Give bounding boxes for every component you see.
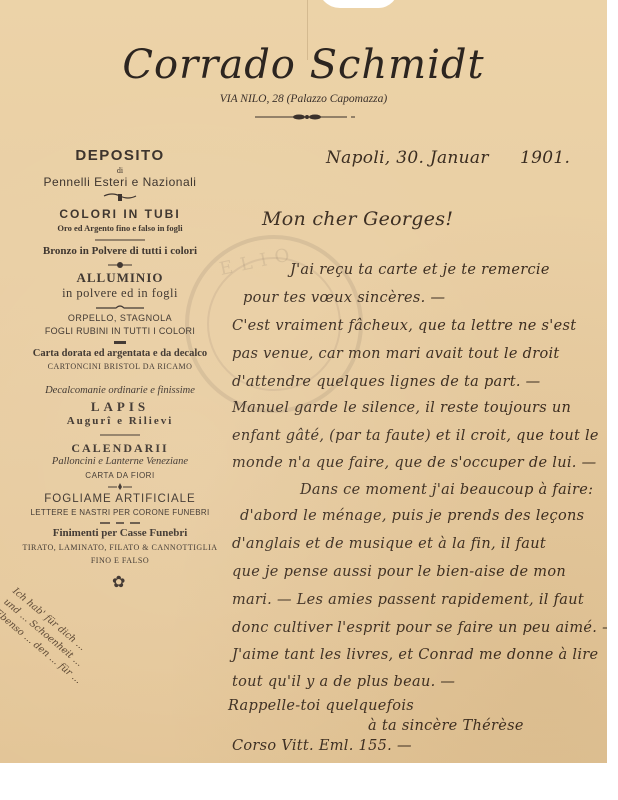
rule-divider-icon bbox=[100, 433, 140, 437]
ornament-divider-icon bbox=[102, 192, 138, 201]
ornament-divider-icon bbox=[255, 113, 355, 121]
letter-closing: Rappelle-toi quelquefois bbox=[228, 698, 414, 714]
flower-ornament-icon: ✿ bbox=[112, 572, 125, 591]
rule-divider-icon bbox=[95, 238, 145, 242]
sidebar-item: di bbox=[0, 166, 240, 175]
sidebar-item: COLORI IN TUBI bbox=[0, 207, 240, 221]
letter-line: que je pense aussi pour le bien-aise de … bbox=[232, 564, 566, 580]
ornament-divider-icon bbox=[96, 304, 144, 310]
letter-salutation: Mon cher Georges! bbox=[262, 208, 453, 230]
letter-line: Manuel garde le silence, il reste toujou… bbox=[232, 400, 571, 416]
letterhead-name: Corrado Schmidt bbox=[0, 42, 607, 88]
sidebar-item: CALENDARII bbox=[0, 441, 240, 456]
sidebar-item: FOGLIAME ARTIFICIALE bbox=[0, 493, 240, 505]
sidebar-item: Augurî e Rilievi bbox=[0, 415, 240, 427]
sidebar-item: CARTONCINI BRISTOL DA RICAMO bbox=[0, 362, 240, 371]
letter-line: J'ai reçu ta carte et je te remercie bbox=[290, 262, 550, 278]
paper-tear bbox=[318, 0, 398, 8]
letter-line: monde n'a que faire, que de s'occuper de… bbox=[232, 455, 596, 471]
letter-line: J'aime tant les livres, et Conrad me don… bbox=[232, 647, 598, 663]
sidebar-item: TIRATO, LAMINATO, FILATO & CANNOTTIGLIA bbox=[0, 543, 240, 552]
sidebar-item: Oro ed Argento fino e falso in fogli bbox=[0, 223, 240, 233]
letter-line: enfant gâté, (par ta faute) et il croit,… bbox=[232, 428, 599, 444]
sidebar-item: ALLUMINIO bbox=[0, 270, 240, 286]
sidebar-item: Finimenti per Casse Funebri bbox=[0, 527, 240, 539]
sidebar-item: Pennelli Esteri e Nazionali bbox=[0, 175, 240, 189]
letter-line: C'est vraiment fâcheux, que ta lettre ne… bbox=[232, 318, 576, 334]
sidebar-item: Bronzo in Polvere di tutti i colori bbox=[0, 245, 240, 257]
letter-sender-address: Corso Vitt. Eml. 155. — bbox=[232, 738, 412, 754]
sidebar-item: CARTA DA FIORI bbox=[0, 471, 240, 480]
letter-line: donc cultiver l'esprit pour se faire un … bbox=[232, 620, 607, 636]
dash-divider-icon bbox=[114, 341, 126, 345]
dash-divider-icon bbox=[100, 521, 140, 525]
letter-year: 1901. bbox=[520, 148, 570, 168]
letter-line: d'anglais et de musique et à la fin, il … bbox=[232, 536, 546, 552]
letter-place-date: Napoli, 30. Januar bbox=[326, 148, 489, 168]
ornament-divider-icon bbox=[108, 261, 132, 269]
sidebar-item: LAPIS bbox=[0, 399, 240, 415]
letter-line: mari. — Les amies passent rapidement, il… bbox=[232, 592, 584, 608]
letter-line: tout qu'il y a de plus beau. — bbox=[232, 674, 455, 690]
letter-line: Dans ce moment j'ai beaucoup à faire: bbox=[300, 482, 593, 498]
ornament-divider-icon bbox=[108, 483, 132, 490]
letter-page: ELIO Corrado Schmidt VIA NILO, 28 (Palaz… bbox=[0, 0, 607, 763]
sidebar-item: FINO E FALSO bbox=[0, 556, 240, 565]
letter-line: d'abord le ménage, puis je prends des le… bbox=[240, 508, 584, 524]
sidebar-item: Carta dorata ed argentata e da decalco bbox=[0, 348, 240, 359]
sidebar-item: ORPELLO, STAGNOLA bbox=[0, 313, 240, 323]
letter-line: d'attendre quelques lignes de ta part. — bbox=[232, 374, 540, 390]
sidebar-item: LETTERE E NASTRI PER CORONE FUNEBRI bbox=[0, 508, 240, 517]
sidebar-item: in polvere ed in fogli bbox=[0, 286, 240, 301]
letterhead-address: VIA NILO, 28 (Palazzo Capomazza) bbox=[0, 93, 607, 105]
sidebar-item: DEPOSITO bbox=[0, 147, 240, 164]
sidebar-item: FOGLI RUBINI IN TUTTI I COLORI bbox=[0, 326, 240, 336]
margin-note: Ich hab' für dich ... und ... Schoenheit… bbox=[0, 585, 102, 688]
sidebar-item: Decalcomanie ordinarie e finissime bbox=[0, 385, 240, 396]
sidebar-item: Palloncini e Lanterne Veneziane bbox=[0, 456, 240, 467]
letter-signature: à ta sincère Thérèse bbox=[368, 718, 524, 734]
letter-line: pas venue, car mon mari avait tout le dr… bbox=[232, 346, 560, 362]
letter-line: pour tes vœux sincères. — bbox=[243, 290, 445, 306]
